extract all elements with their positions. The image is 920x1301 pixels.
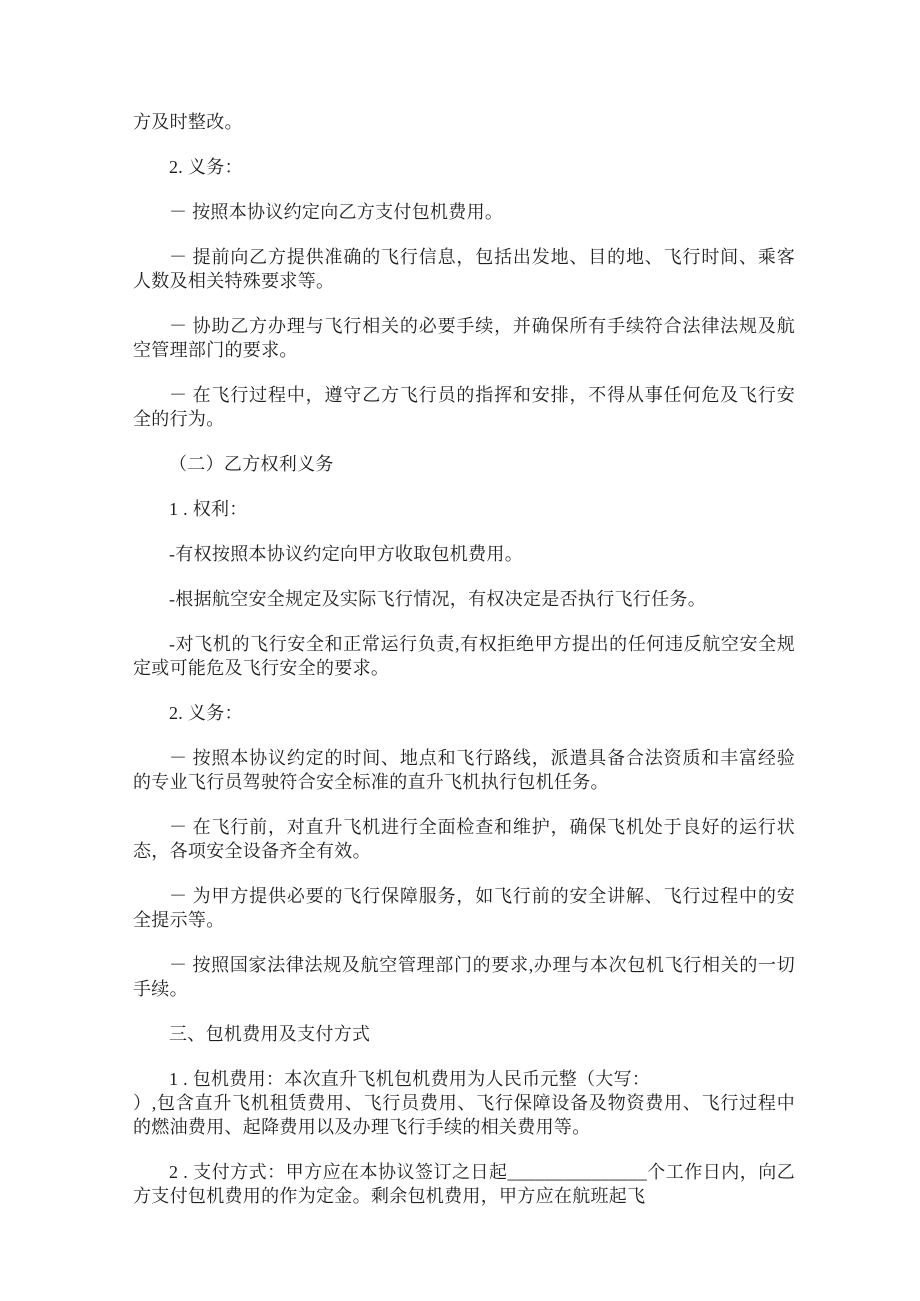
paragraph-12: 2. 义务： bbox=[133, 701, 795, 725]
paragraph-10: -根据航空安全规定及实际飞行情况，有权决定是否执行飞行任务。 bbox=[133, 587, 795, 611]
paragraph-19: 2 . 支付方式：甲方应在本协议签订之日起_______________个工作日… bbox=[133, 1160, 795, 1208]
paragraph-8: 1 . 权利： bbox=[133, 497, 795, 521]
paragraph-16: － 按照国家法律法规及航空管理部门的要求,办理与本次包机飞行相关的一切手续。 bbox=[133, 953, 795, 1001]
paragraph-1: 方及时整改。 bbox=[133, 110, 795, 134]
paragraph-6: － 在飞行过程中，遵守乙方飞行员的指挥和安排，不得从事任何危及飞行安全的行为。 bbox=[133, 383, 795, 431]
paragraph-7: （二）乙方权利义务 bbox=[133, 452, 795, 476]
paragraph-5: － 协助乙方办理与飞行相关的必要手续，并确保所有手续符合法律法规及航空管理部门的… bbox=[133, 314, 795, 362]
paragraph-13: － 按照本协议约定的时间、地点和飞行路线，派遣具备合法资质和丰富经验的专业飞行员… bbox=[133, 746, 795, 794]
paragraph-14: － 在飞行前，对直升飞机进行全面检查和维护，确保飞机处于良好的运行状态，各项安全… bbox=[133, 815, 795, 863]
paragraph-2: 2. 义务： bbox=[133, 155, 795, 179]
paragraph-4: － 提前向乙方提供准确的飞行信息，包括出发地、目的地、飞行时间、乘客人数及相关特… bbox=[133, 245, 795, 293]
paragraph-11: -对飞机的飞行安全和正常运行负责,有权拒绝甲方提出的任何违反航空安全规定或可能危… bbox=[133, 632, 795, 680]
paragraph-15: － 为甲方提供必要的飞行保障服务，如飞行前的安全讲解、飞行过程中的安全提示等。 bbox=[133, 884, 795, 932]
paragraph-3: － 按照本协议约定向乙方支付包机费用。 bbox=[133, 200, 795, 224]
paragraph-18: 1 . 包机费用：本次直升飞机包机费用为人民币元整（大写： ）,包含直升飞机租赁… bbox=[133, 1067, 795, 1139]
document-page: 方及时整改。2. 义务：－ 按照本协议约定向乙方支付包机费用。－ 提前向乙方提供… bbox=[0, 0, 920, 1301]
paragraph-17: 三、包机费用及支付方式 bbox=[133, 1022, 795, 1046]
paragraph-9: -有权按照本协议约定向甲方收取包机费用。 bbox=[133, 542, 795, 566]
